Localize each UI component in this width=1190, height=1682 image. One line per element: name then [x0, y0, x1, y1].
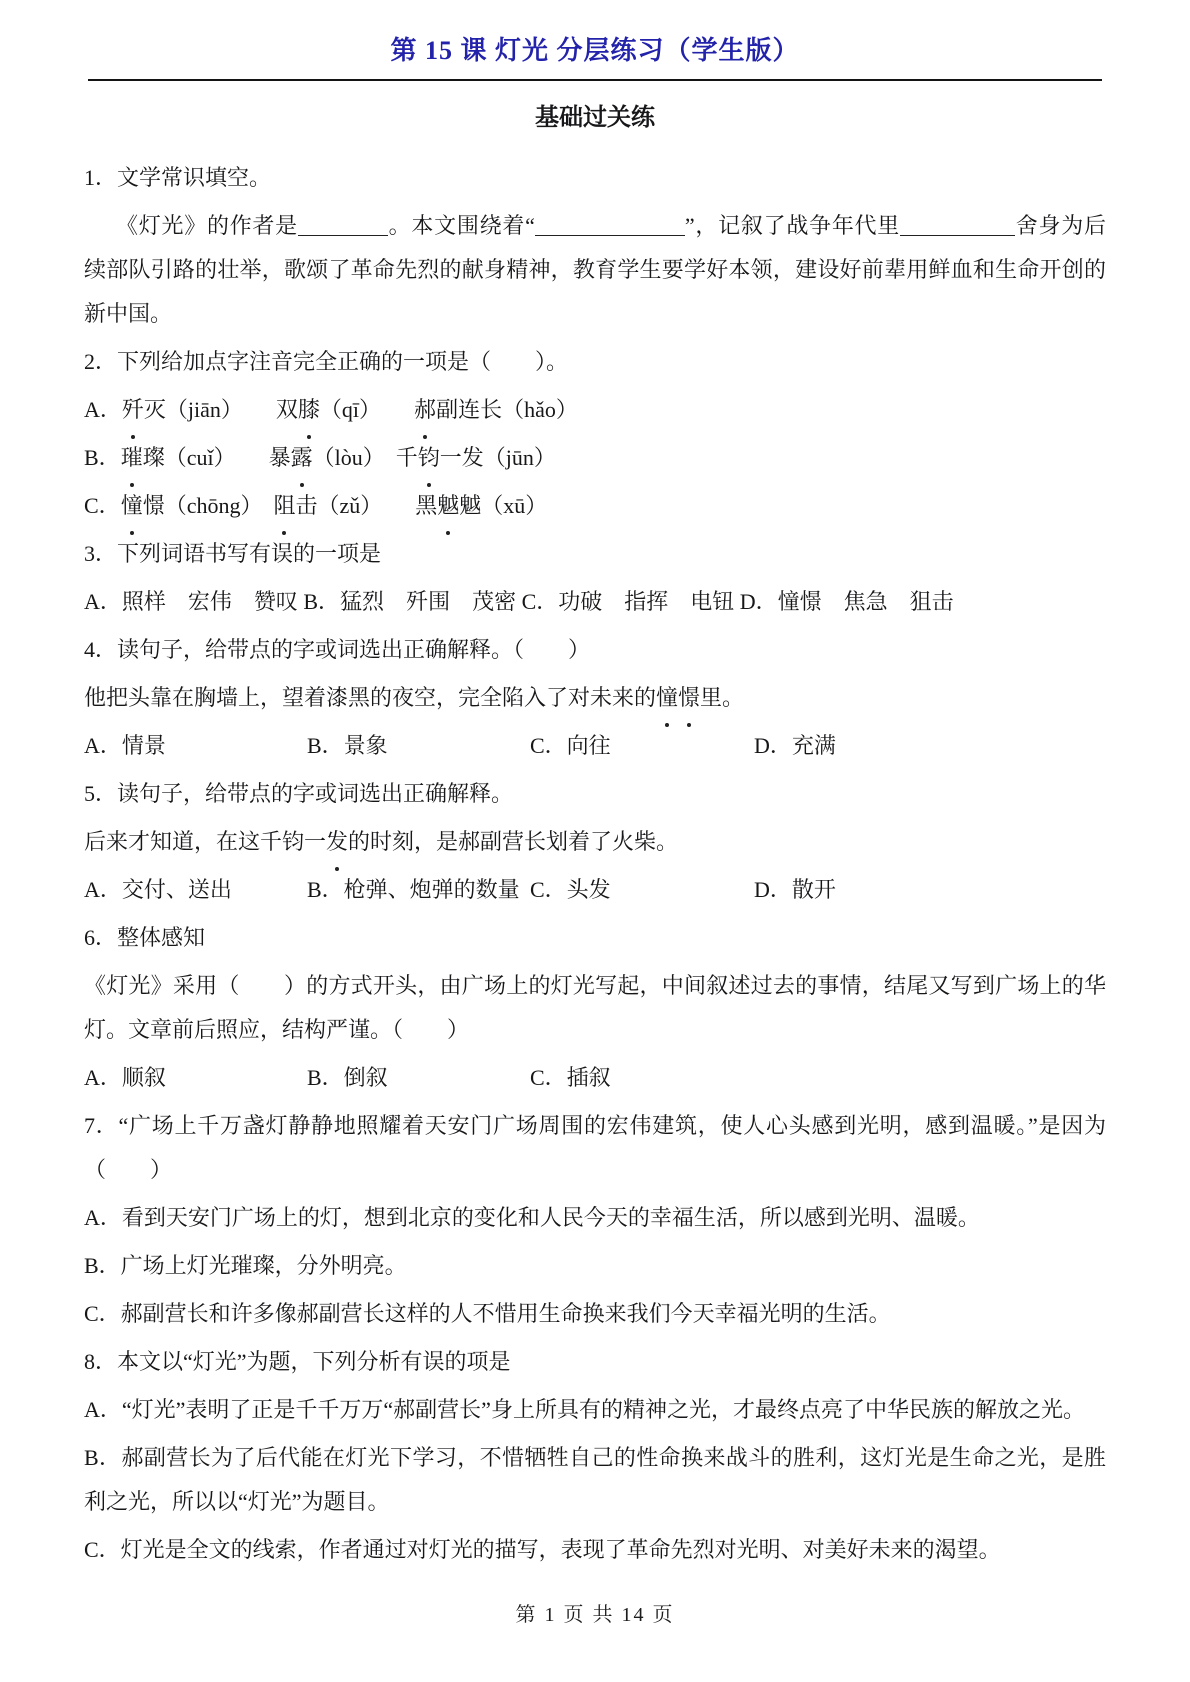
question-7-option-b: B．广场上灯光璀璨，分外明亮。 — [84, 1244, 1106, 1288]
worksheet-page: 第 15 课 灯光 分层练习（学生版） 基础过关练 1．文学常识填空。《灯光》的… — [0, 0, 1190, 1572]
question-7-option-c: C．郝副营长和许多像郝副营长这样的人不惜用生命换来我们今天幸福光明的生活。 — [84, 1292, 1106, 1336]
question-1-stem: 1．文学常识填空。 — [84, 156, 1106, 200]
fill-in-blank — [535, 215, 685, 236]
emphasis-dot-char: 发 — [326, 820, 348, 864]
question-8-stem: 8．本文以“灯光”为题，下列分析有误的项是 — [84, 1340, 1106, 1384]
questions-content: 1．文学常识填空。《灯光》的作者是。本文围绕着“”，记叙了战争年代里舍身为后续部… — [84, 156, 1106, 1572]
option-cell: C．头发 — [530, 868, 754, 912]
option-cell: C．插叙 — [530, 1056, 611, 1100]
option-cell: D．散开 — [754, 868, 836, 912]
question-7-stem: 7．“广场上千万盏灯静静地照耀着天安门广场周围的宏伟建筑，使人心头感到光明，感到… — [84, 1104, 1106, 1192]
question-3-stem: 3．下列词语书写有误的一项是 — [84, 532, 1106, 576]
emphasis-dot-char: 露 — [291, 436, 313, 480]
option-cell: B．枪弹、炮弹的数量 — [307, 868, 530, 912]
option-cell: B．景象 — [307, 724, 530, 768]
option-cell: B．倒叙 — [307, 1056, 530, 1100]
question-6-stem: 6．整体感知 — [84, 916, 1106, 960]
question-6-options: A．顺叙B．倒叙C．插叙 — [84, 1056, 1106, 1100]
question-8-option-a: A．“灯光”表明了正是千千万万“郝副营长”身上所具有的精神之光，才最终点亮了中华… — [84, 1388, 1106, 1432]
question-8-option-b: B．郝副营长为了后代能在灯光下学习，不惜牺牲自己的性命换来战斗的胜利，这灯光是生… — [84, 1436, 1106, 1524]
emphasis-dot-char: 璀 — [121, 436, 143, 480]
emphasis-dot-char: 憧 — [121, 484, 143, 528]
question-2-option-c: C．憧憬（chōng） 阻击（zǔ） 黑魆魆（xū） — [84, 484, 1106, 528]
option-cell: A．交付、送出 — [84, 868, 307, 912]
question-4-stem: 4．读句子，给带点的字或词选出正确解释。（ ） — [84, 628, 1106, 672]
option-cell: D．充满 — [754, 724, 836, 768]
question-2-option-b: B．璀璨（cuǐ） 暴露（lòu） 千钧一发（jūn） — [84, 436, 1106, 480]
question-5-stem: 5．读句子，给带点的字或词选出正确解释。 — [84, 772, 1106, 816]
document-title: 第 15 课 灯光 分层练习（学生版） — [84, 0, 1106, 67]
question-4-sentence: 他把头靠在胸墙上，望着漆黑的夜空，完全陷入了对未来的憧憬里。 — [84, 676, 1106, 720]
question-8-option-c: C．灯光是全文的线索，作者通过对灯光的描写，表现了革命先烈对光明、对美好未来的渴… — [84, 1528, 1106, 1572]
question-2-stem: 2．下列给加点字注音完全正确的一项是（ ）。 — [84, 340, 1106, 384]
question-6-body: 《灯光》采用（ ）的方式开头，由广场上的灯光写起，中间叙述过去的事情，结尾又写到… — [84, 964, 1106, 1052]
fill-in-blank — [298, 215, 388, 236]
emphasis-dot-char: 郝 — [414, 388, 436, 432]
emphasis-dot-char: 憬 — [678, 676, 700, 720]
option-cell: A．情景 — [84, 724, 307, 768]
question-2-option-a: A．歼灭（jiān） 双膝（qī） 郝副连长（hǎo） — [84, 388, 1106, 432]
question-3-options: A．照样 宏伟 赞叹 B．猛烈 歼围 茂密 C．功破 指挥 电钮 D．憧憬 焦急… — [84, 580, 1106, 624]
emphasis-dot-char: 歼 — [122, 388, 144, 432]
emphasis-dot-char: 膝 — [298, 388, 320, 432]
page-number: 第 1 页 共 14 页 — [0, 1598, 1190, 1627]
option-cell: C．向往 — [530, 724, 754, 768]
question-4-options: A．情景B．景象C．向往D．充满 — [84, 724, 1106, 768]
title-divider — [88, 79, 1102, 81]
option-cell: A．顺叙 — [84, 1056, 307, 1100]
emphasis-dot-char: 憧 — [656, 676, 678, 720]
emphasis-dot-char: 钧 — [418, 436, 440, 480]
fill-in-blank — [900, 215, 1015, 236]
question-5-options: A．交付、送出B．枪弹、炮弹的数量C．头发D．散开 — [84, 868, 1106, 912]
section-header: 基础过关练 — [84, 97, 1106, 132]
emphasis-dot-char: 魆 — [437, 484, 459, 528]
emphasis-dot-char: 阻 — [273, 484, 295, 528]
question-1-body: 《灯光》的作者是。本文围绕着“”，记叙了战争年代里舍身为后续部队引路的壮举，歌颂… — [84, 204, 1106, 336]
question-5-sentence: 后来才知道，在这千钧一发的时刻，是郝副营长划着了火柴。 — [84, 820, 1106, 864]
question-7-option-a: A．看到天安门广场上的灯，想到北京的变化和人民今天的幸福生活，所以感到光明、温暖… — [84, 1196, 1106, 1240]
